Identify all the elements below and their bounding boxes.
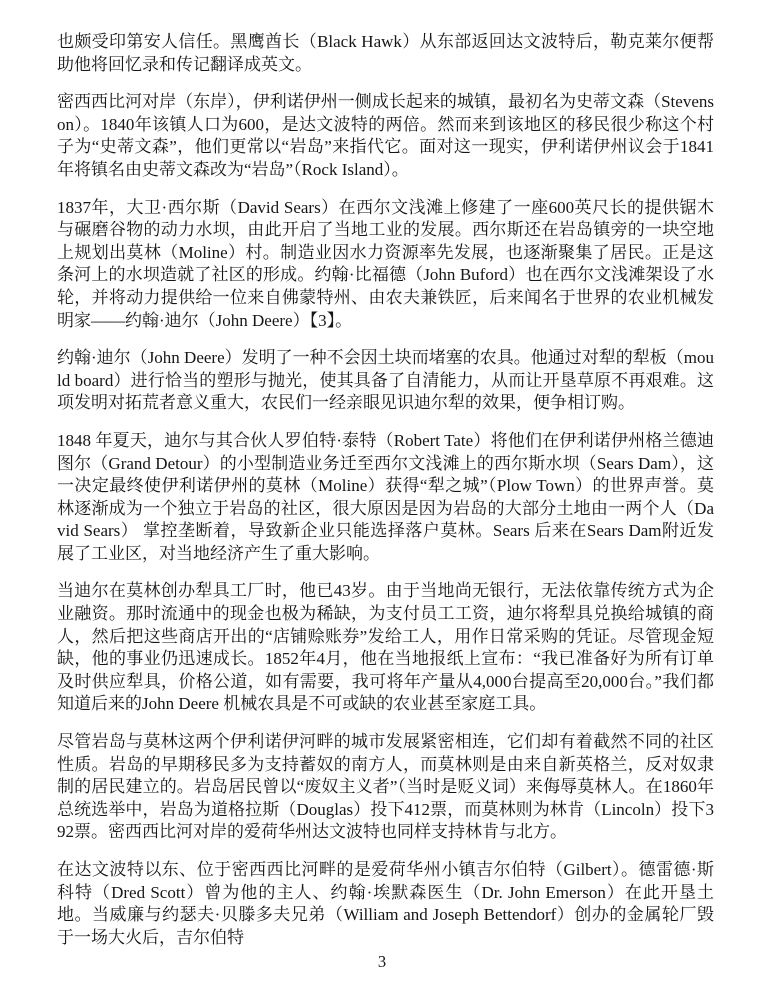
paragraph: 当迪尔在莫林创办犁具工厂时，他已43岁。由于当地尚无银行，无法依靠传统方式为企业…: [57, 580, 714, 716]
paragraph: 1837年，大卫·西尔斯（David Sears）在西尔文浅滩上修建了一座600…: [57, 197, 714, 333]
paragraph: 在达文波特以东、位于密西西比河畔的是爱荷华州小镇吉尔伯特（Gilbert）。德雷…: [57, 859, 714, 949]
page-number: 3: [0, 952, 764, 972]
document-page: 也颇受印第安人信任。黑鹰酋长（Black Hawk）从东部返回达文波特后，勒克莱…: [0, 0, 764, 1000]
paragraph: 尽管岩岛与莫林这两个伊利诺伊河畔的城市发展紧密相连，它们却有着截然不同的社区性质…: [57, 731, 714, 844]
page-content: 也颇受印第安人信任。黑鹰酋长（Black Hawk）从东部返回达文波特后，勒克莱…: [57, 31, 714, 964]
paragraph: 也颇受印第安人信任。黑鹰酋长（Black Hawk）从东部返回达文波特后，勒克莱…: [57, 31, 714, 76]
paragraph: 1848 年夏天，迪尔与其合伙人罗伯特·泰特（Robert Tate）将他们在伊…: [57, 430, 714, 566]
paragraph: 约翰·迪尔（John Deere）发明了一种不会因土块而堵塞的农具。他通过对犁的…: [57, 347, 714, 415]
paragraph: 密西西比河对岸（东岸），伊利诺伊州一侧成长起来的城镇，最初名为史蒂文森（Stev…: [57, 91, 714, 181]
